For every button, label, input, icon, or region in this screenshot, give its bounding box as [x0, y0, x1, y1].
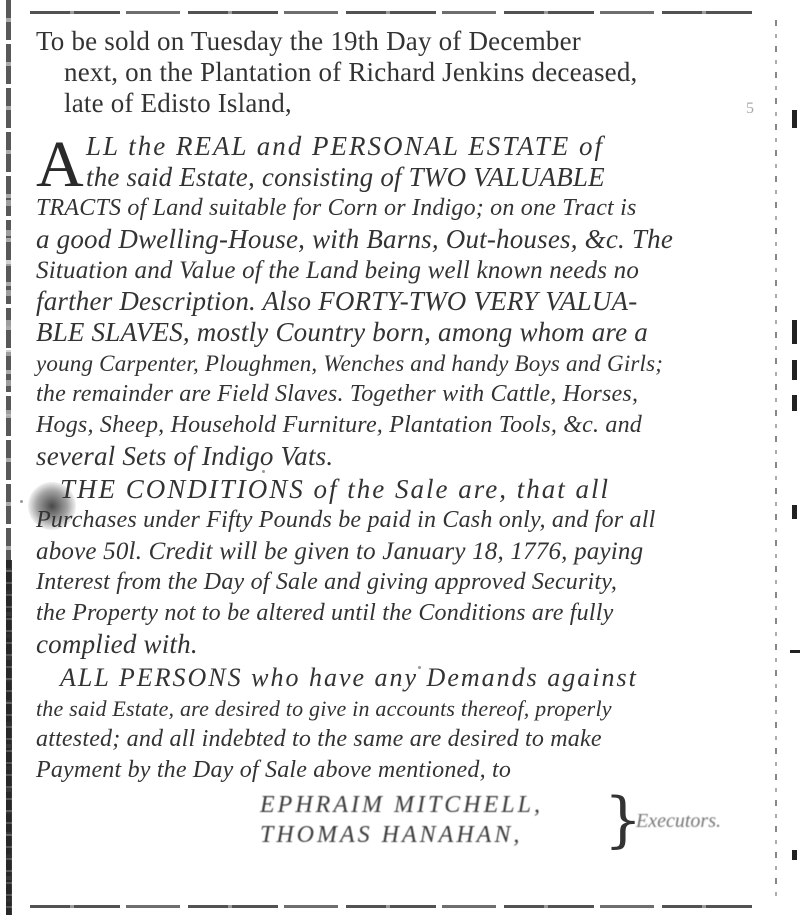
estate-line-10: Hogs, Sheep, Household Furniture, Planta… — [36, 410, 766, 441]
estate-line-11: several Sets of Indigo Vats. — [36, 441, 766, 472]
estate-line-9: the remainder are Field Slaves. Together… — [36, 379, 766, 410]
executors-signature-block: EPHRAIM MITCHELL, THOMAS HANAHAN, } Exec… — [36, 792, 766, 858]
bottom-separator-rule — [30, 905, 755, 908]
conditions-line-3: above 50l. Credit will be given to Janua… — [36, 536, 766, 567]
opening-line-1: To be sold on Tuesday the 19th Day of De… — [36, 26, 766, 57]
paper-speck — [20, 500, 23, 503]
conditions-line-4: Interest from the Day of Sale and giving… — [36, 567, 766, 598]
opening-notice: To be sold on Tuesday the 19th Day of De… — [36, 26, 766, 119]
estate-paragraph: A LL the REAL and PERSONAL ESTATE of the… — [36, 131, 766, 472]
estate-line-7: BLE SLAVES, mostly Country born, among w… — [36, 317, 766, 348]
demands-line-2: the said Estate, are desired to give in … — [36, 693, 766, 724]
executor-name-1: EPHRAIM MITCHELL, — [260, 792, 543, 819]
conditions-line-5: the Property not to be altered until the… — [36, 598, 766, 629]
adjacent-column-edge-marks — [790, 0, 800, 915]
conditions-paragraph: THE CONDITIONS of the Sale are, that all… — [36, 474, 766, 660]
executors-label: Executors. — [636, 810, 721, 833]
estate-line-6: farther Description. Also FORTY-TWO VERY… — [36, 286, 766, 317]
opening-line-3: late of Edisto Island, — [36, 88, 766, 119]
opening-line-2: next, on the Plantation of Richard Jenki… — [36, 57, 766, 88]
conditions-line-6: complied with. — [36, 629, 766, 660]
executor-name-2: THOMAS HANAHAN, — [260, 822, 522, 849]
estate-line-1: LL the REAL and PERSONAL ESTATE of — [36, 131, 766, 162]
right-column-rule — [775, 20, 777, 900]
left-column-rule-lower — [6, 560, 12, 915]
top-separator-rule — [30, 11, 755, 14]
demands-line-3: attested; and all indebted to the same a… — [36, 724, 766, 755]
advertisement: To be sold on Tuesday the 19th Day of De… — [36, 26, 766, 858]
estate-line-5: Situation and Value of the Land being we… — [36, 255, 766, 286]
left-column-rule-faint — [6, 200, 11, 440]
conditions-line-1: THE CONDITIONS of the Sale are, that all — [36, 474, 766, 505]
demands-line-1: ALL PERSONS who have any Demands against — [36, 662, 766, 693]
estate-line-4: a good Dwelling-House, with Barns, Out-h… — [36, 224, 766, 255]
demands-paragraph: ALL PERSONS who have any Demands against… — [36, 662, 766, 786]
estate-line-8: young Carpenter, Ploughmen, Wenches and … — [36, 348, 766, 379]
conditions-line-2: Purchases under Fifty Pounds be paid in … — [36, 505, 766, 536]
demands-line-4: Payment by the Day of Sale above mention… — [36, 755, 766, 786]
estate-line-3: TRACTS of Land suitable for Corn or Indi… — [36, 193, 766, 224]
estate-line-2: the said Estate, consisting of TWO VALUA… — [36, 162, 766, 193]
stray-page-numeral: 5 — [746, 100, 754, 118]
